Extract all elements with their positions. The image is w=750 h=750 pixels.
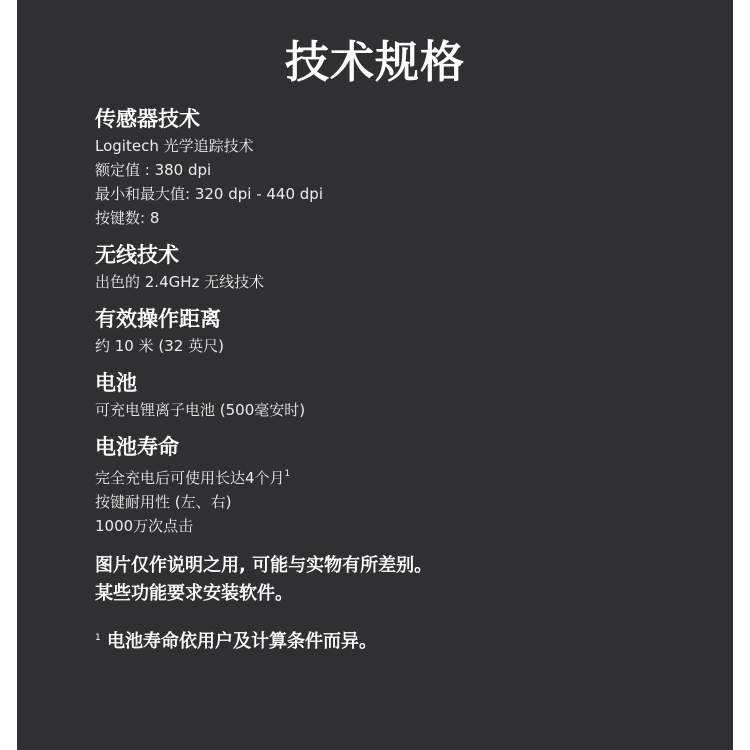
spec-line: 1000万次点击 bbox=[95, 514, 715, 538]
spec-line: 额定值 : 380 dpi bbox=[95, 158, 715, 182]
section-wireless: 无线技术 出色的 2.4GHz 无线技术 bbox=[95, 240, 715, 294]
disclaimer-line: 某些功能要求安装软件。 bbox=[95, 580, 715, 608]
spec-line: 按键耐用性 (左、右) bbox=[95, 490, 715, 514]
page-title: 技术规格 bbox=[17, 36, 733, 90]
disclaimer-notes: 图片仅作说明之用, 可能与实物有所差别。 某些功能要求安装软件。 bbox=[95, 552, 715, 608]
footnote-marker: 1 bbox=[95, 633, 101, 643]
section-range: 有效操作距离 约 10 米 (32 英尺) bbox=[95, 304, 715, 358]
section-heading: 有效操作距离 bbox=[95, 304, 715, 334]
spec-line: 可充电锂离子电池 (500毫安时) bbox=[95, 398, 715, 422]
footnote-text: 电池寿命依用户及计算条件而异。 bbox=[107, 631, 377, 652]
section-heading: 电池寿命 bbox=[95, 432, 715, 462]
spec-line: 按键数: 8 bbox=[95, 206, 715, 230]
section-heading: 电池 bbox=[95, 368, 715, 398]
spec-line: 出色的 2.4GHz 无线技术 bbox=[95, 270, 715, 294]
spec-line: 完全充电后可使用长达4个月1 bbox=[95, 462, 715, 490]
footnote: 1 电池寿命依用户及计算条件而异。 bbox=[95, 624, 715, 656]
footnote-marker: 1 bbox=[285, 469, 291, 479]
section-sensor: 传感器技术 Logitech 光学追踪技术 额定值 : 380 dpi 最小和最… bbox=[95, 104, 715, 230]
section-battery-life: 电池寿命 完全充电后可使用长达4个月1 按键耐用性 (左、右) 1000万次点击 bbox=[95, 432, 715, 538]
section-heading: 无线技术 bbox=[95, 240, 715, 270]
spec-content: 传感器技术 Logitech 光学追踪技术 额定值 : 380 dpi 最小和最… bbox=[95, 104, 715, 656]
spec-line: Logitech 光学追踪技术 bbox=[95, 134, 715, 158]
spec-line: 约 10 米 (32 英尺) bbox=[95, 334, 715, 358]
section-heading: 传感器技术 bbox=[95, 104, 715, 134]
spec-line: 最小和最大值: 320 dpi - 440 dpi bbox=[95, 182, 715, 206]
disclaimer-line: 图片仅作说明之用, 可能与实物有所差别。 bbox=[95, 552, 715, 580]
spec-line-text: 完全充电后可使用长达4个月 bbox=[95, 469, 285, 487]
section-battery: 电池 可充电锂离子电池 (500毫安时) bbox=[95, 368, 715, 422]
spec-panel: 技术规格 传感器技术 Logitech 光学追踪技术 额定值 : 380 dpi… bbox=[17, 0, 733, 750]
